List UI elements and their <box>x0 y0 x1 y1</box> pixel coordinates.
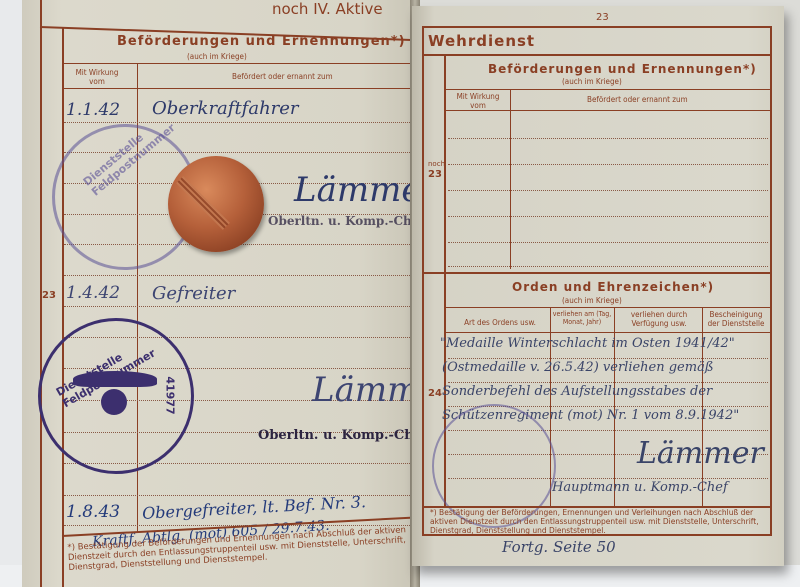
section-title: Beförderungen und Ernennungen*) <box>117 34 406 49</box>
row-line <box>64 306 414 307</box>
header-text: noch IV. Aktive <box>272 0 383 18</box>
section-subtitle: (auch im Kriege) <box>187 52 247 61</box>
rule <box>62 88 418 89</box>
signature-title: Hauptmann u. Komp.-Chef <box>552 480 728 495</box>
section-subtitle: (auch im Kriege) <box>562 77 622 86</box>
margin-label: noch <box>428 160 445 168</box>
row-line <box>64 275 414 276</box>
entry-rank: Gefreiter <box>152 283 235 304</box>
left-page: noch IV. Aktive Beförderungen und Ernenn… <box>22 0 418 587</box>
signature-title: Oberltn. u. Komp.-Chef <box>268 214 425 228</box>
column-header-order: Art des Ordens usw. <box>450 318 550 327</box>
row-line <box>448 358 768 359</box>
column-header-date: Mit Wirkung vom <box>448 92 508 110</box>
signature: Lämmer <box>637 436 764 471</box>
entry-date: 1.1.42 <box>66 100 120 120</box>
row-line <box>448 190 768 191</box>
column-header-date: verliehen am (Tag, Monat, Jahr) <box>552 310 612 326</box>
entry-date: 1.8.43 <box>66 502 120 522</box>
entry-date: 1.4.42 <box>66 283 120 303</box>
handwritten-note: Fortg. Seite 50 <box>502 538 616 556</box>
row-line <box>448 266 768 267</box>
margin-number: 23 <box>428 169 442 180</box>
coin-relief-icon <box>176 176 230 230</box>
rule <box>446 332 771 333</box>
footnote: *) Bestätigung der Beförderungen, Ernenn… <box>430 508 768 535</box>
section-subtitle: (auch im Kriege) <box>562 296 622 305</box>
row-line <box>448 164 768 165</box>
stamp-number: 41977 <box>163 376 176 414</box>
rule <box>422 272 772 274</box>
column-header-rank: Befördert oder ernannt zum <box>587 95 688 104</box>
frame <box>770 26 772 536</box>
margin-rule <box>62 28 64 587</box>
frame <box>422 26 772 28</box>
award-text-line: Sonderbefehl des Aufstellungsstabes der <box>442 384 712 399</box>
column-header-by: verliehen durch Verfügung usw. <box>617 310 701 328</box>
rule <box>446 307 771 308</box>
column-header-rank: Befördert oder ernannt zum <box>232 72 333 81</box>
wreath-emblem-icon <box>101 389 127 415</box>
page-number: 23 <box>596 12 609 23</box>
row-line <box>448 216 768 217</box>
official-stamp: Dienststelle Feldpostnummer 41977 <box>38 318 194 474</box>
row-line <box>448 242 768 243</box>
rule <box>446 110 771 111</box>
wehrdienst-header: Wehrdienst <box>428 32 535 50</box>
column-header-certification: Bescheinigung der Dienststelle <box>704 310 768 328</box>
right-page: 23 Wehrdienst Beförderungen und Ernennun… <box>412 6 784 566</box>
margin-number: 23 <box>42 290 56 301</box>
rule <box>446 89 771 90</box>
eagle-emblem-icon <box>73 371 157 387</box>
row-line <box>448 138 768 139</box>
left-page-header: noch IV. Aktive <box>272 0 383 18</box>
award-text-line: (Ostmedaille v. 26.5.42) verliehen gemäß <box>442 360 714 375</box>
rule <box>422 54 772 56</box>
award-text-line: "Medaille Winterschlacht im Osten 1941/4… <box>440 336 735 351</box>
rule <box>62 63 418 64</box>
row-line <box>64 122 414 123</box>
row-line <box>448 382 768 383</box>
entry-rank: Obergefreiter, lt. Bef. Nr. 3. <box>142 492 367 523</box>
margin-number: 24 <box>428 388 442 399</box>
column-header-date: Mit Wirkung vom <box>67 68 127 86</box>
section-title: Beförderungen und Ernennungen*) <box>488 62 757 76</box>
section-title: Orden und Ehrenzeichen*) <box>512 280 714 294</box>
signature-title: Oberltn. u. Komp.-Chef <box>258 428 428 443</box>
coin <box>168 156 264 252</box>
frame <box>422 26 424 536</box>
